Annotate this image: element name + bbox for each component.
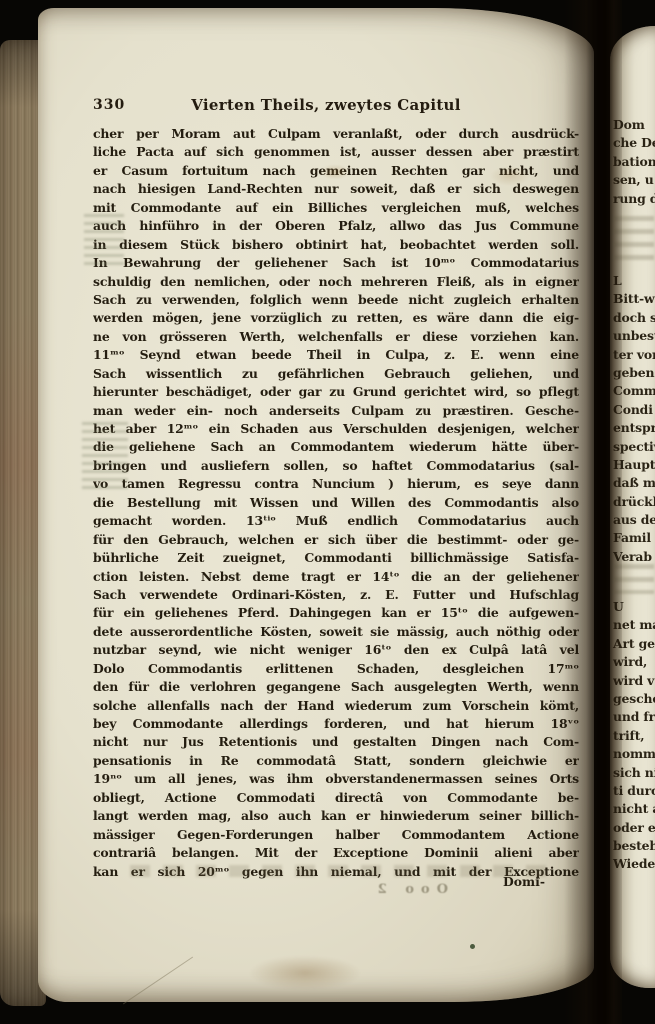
text-line: ter vor — [613, 346, 655, 364]
text-line: daß ma — [613, 474, 655, 492]
text-line: wird, — [613, 653, 655, 671]
right-page-text-fragment: Domche Debationsen, urung d — [613, 116, 655, 208]
text-line: mässiger Gegen-Forderungen halber Commod… — [93, 826, 579, 844]
text-line: contrariâ belangen. Mit der Exceptione D… — [93, 844, 579, 862]
bleedthrough-text-ghost — [614, 564, 654, 594]
text-line: in diesem Stück bishero obtinirt hat, be… — [93, 236, 579, 254]
text-line: bührliche Zeit zueignet, Commodanti bill… — [93, 549, 579, 567]
text-line: nicht a — [613, 800, 655, 818]
text-line: cher per Moram aut Culpam veranlaßt, ode… — [93, 125, 579, 143]
text-line: net ma — [613, 616, 655, 634]
right-page-text-fragment: LBitt-wdoch sounbestrter vorgebenCommCon… — [613, 272, 655, 566]
text-line: bey Commodante allerdings forderen, und … — [93, 715, 579, 733]
running-header: Vierten Theils, zweytes Capitul — [133, 96, 519, 114]
bleedthrough-text-ghost — [130, 865, 558, 877]
text-line: L — [613, 272, 655, 290]
text-line: er Casum fortuitum nach gemeinen Rechten… — [93, 162, 579, 180]
signature-mark-ghost: Ooo 2 — [338, 882, 448, 897]
text-line: unbestr — [613, 327, 655, 345]
text-line: die Bestellung mit Wissen und Willen des… — [93, 494, 579, 512]
text-line: sich nic — [613, 764, 655, 782]
text-line: dete ausserordentliche Kösten, soweit si… — [93, 623, 579, 641]
text-line: ne von grösseren Werth, welchenfalls er … — [93, 328, 579, 346]
text-line: für ein geliehenes Pferd. Dahingegen kan… — [93, 604, 579, 622]
book-spread: 330 Vierten Theils, zweytes Capitul cher… — [0, 0, 655, 1024]
text-line: liche Pacta auf sich genommen ist, ausse… — [93, 143, 579, 161]
text-line: spectiv — [613, 438, 655, 456]
text-line: drückli — [613, 493, 655, 511]
text-line: geben — [613, 364, 655, 382]
text-line: Art ge — [613, 635, 655, 653]
text-line: Sach zu verwenden, folglich wenn beede n… — [93, 291, 579, 309]
page-crease — [123, 957, 193, 1005]
right-page-text-fragment: Unet maArt gewird,wird vgeschehund fretr… — [613, 598, 655, 874]
text-line: aus der — [613, 511, 655, 529]
text-line: rung d — [613, 190, 655, 208]
page-number: 330 — [93, 97, 125, 113]
text-line: bestehe — [613, 837, 655, 855]
text-line: den für die verlohren gegangene Sach aus… — [93, 678, 579, 696]
text-line: obliegt, Actione Commodati directâ von C… — [93, 789, 579, 807]
text-line: Condi — [613, 401, 655, 419]
body-text: cher per Moram aut Culpam veranlaßt, ode… — [93, 125, 579, 881]
text-line: nomme — [613, 745, 655, 763]
text-line: het aber 12ᵐᵒ ein Schaden aus Verschulde… — [93, 420, 579, 438]
text-line: doch so — [613, 309, 655, 327]
left-page: 330 Vierten Theils, zweytes Capitul cher… — [38, 8, 594, 1002]
text-line: auch hinführo in der Oberen Pfalz, allwo… — [93, 217, 579, 235]
text-line: U — [613, 598, 655, 616]
text-line: solche allenfalls nach der Hand wiederum… — [93, 697, 579, 715]
text-line: Sach wissentlich zu gefährlichen Gebrauc… — [93, 365, 579, 383]
text-line: ti durch — [613, 782, 655, 800]
bleedthrough-text-ghost — [614, 216, 654, 268]
text-line: nutzbar seynd, wie nicht weniger 16ᵗᵒ de… — [93, 641, 579, 659]
margin-note-ghost — [82, 422, 128, 494]
text-line: pensationis in Re commodatâ Statt, sonde… — [93, 752, 579, 770]
text-line: schuldig den nemlichen, oder noch mehrer… — [93, 273, 579, 291]
text-line: langt werden mag, also auch kan er hinwi… — [93, 807, 579, 825]
text-line: nach hiesigen Land-Rechten nur soweit, d… — [93, 180, 579, 198]
text-line: sen, u — [613, 171, 655, 189]
text-line: Famil — [613, 529, 655, 547]
text-line: die geliehene Sach an Commodantem wieder… — [93, 438, 579, 456]
text-line: nicht nur Jus Retentionis und gestalten … — [93, 733, 579, 751]
text-line: bringen und ausliefern sollen, so haftet… — [93, 457, 579, 475]
text-line: werden mögen, jene vorzüglich zu retten,… — [93, 309, 579, 327]
right-page: Domche Debationsen, urung d LBitt-wdoch … — [610, 26, 655, 988]
page-header: 330 Vierten Theils, zweytes Capitul — [93, 96, 579, 116]
text-line: Bitt-w — [613, 290, 655, 308]
paper-stain — [250, 956, 360, 990]
text-line: für den Gebrauch, welchen er sich über d… — [93, 531, 579, 549]
text-line: mit Commodante auf ein Billiches verglei… — [93, 199, 579, 217]
text-line: 19ⁿᵒ um all jenes, was ihm obverstandene… — [93, 770, 579, 788]
text-line: wird v — [613, 672, 655, 690]
text-line: Dolo Commodantis erlittenen Schaden, des… — [93, 660, 579, 678]
text-line: Dom — [613, 116, 655, 134]
text-line: gemacht worden. 13ᵗⁱᵒ Muß endlich Commod… — [93, 512, 579, 530]
text-line: In Bewahrung der geliehener Sach ist 10ᵐ… — [93, 254, 579, 272]
text-line: und fre — [613, 708, 655, 726]
text-line: Haupt — [613, 456, 655, 474]
text-line: trift, — [613, 727, 655, 745]
text-line: vo tamen Regressu contra Nuncium ) hieru… — [93, 475, 579, 493]
text-line: gescheh — [613, 690, 655, 708]
text-line: bation — [613, 153, 655, 171]
text-line: Comm — [613, 382, 655, 400]
text-line: Wieder — [613, 855, 655, 873]
text-line: Sach verwendete Ordinari-Kösten, z. E. F… — [93, 586, 579, 604]
text-line: 11ᵐᵒ Seynd etwan beede Theil in Culpa, z… — [93, 346, 579, 364]
margin-note-ghost — [84, 214, 124, 266]
text-line: hierunter beschädiget, oder gar zu Grund… — [93, 383, 579, 401]
text-line: oder en — [613, 819, 655, 837]
text-line: ction leisten. Nebst deme tragt er 14ᵗᵒ … — [93, 568, 579, 586]
paper-speck — [470, 944, 475, 949]
text-line: che De — [613, 134, 655, 152]
text-line: entspri — [613, 419, 655, 437]
text-line: man weder ein- noch anderseits Culpam zu… — [93, 402, 579, 420]
